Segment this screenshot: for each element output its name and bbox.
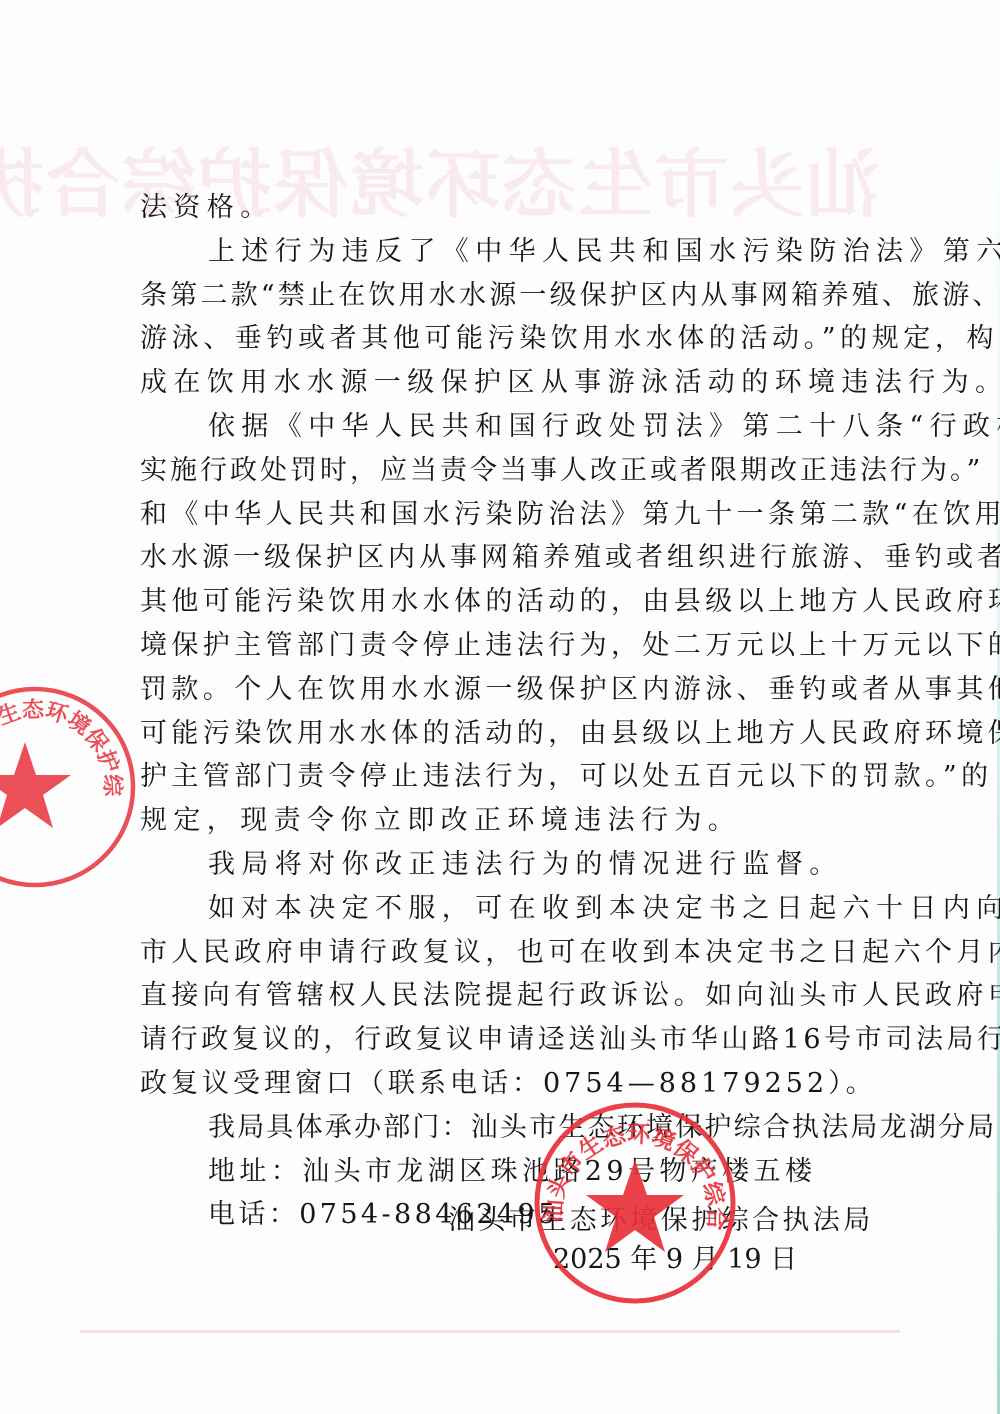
body-line: 直接向有管辖权人民法院提起行政诉讼。如向汕头市人民政府申 [140,974,880,1018]
body-line: 请行政复议的，行政复议申请迳送汕头市华山路16号市司法局行 [140,1018,880,1062]
body-line: 法资格。 [140,186,880,230]
body-line: 和《中华人民共和国水污染防治法》第九十一条第二款“在饮用 [140,493,880,537]
body-line: 如对本决定不服，可在收到本决定书之日起六十日内向汕头 [140,887,880,931]
body-line: 政复议受理窗口（联系电话：0754—88179252）。 [140,1062,880,1106]
bleed-through-rule [80,1330,900,1333]
body-line: 上述行为违反了《中华人民共和国水污染防治法》第六十五 [140,230,880,274]
body-line: 罚款。个人在饮用水水源一级保护区内游泳、垂钓或者从事其他 [140,668,880,712]
body-line: 条第二款“禁止在饮用水水源一级保护区内从事网箱养殖、旅游、 [140,274,880,318]
body-line: 市人民政府申请行政复议，也可在收到本决定书之日起六个月内 [140,931,880,975]
body-line: 其他可能污染饮用水水体的活动的，由县级以上地方人民政府环 [140,580,880,624]
seal-stamp-icon: 汕头市生态环境保护综合执法局 [530,1098,740,1308]
document-page: 汕头市生态环境保护综合执法局 法资格。 上述行为违反了《中华人民共和国水污染防治… [0,0,1000,1414]
official-seal-left: 汕头市生态环境保护综合执法局 [0,682,140,892]
body-line: 规定，现责令你立即改正环境违法行为。 [140,799,880,843]
body-line: 境保护主管部门责令停止违法行为，处二万元以上十万元以下的 [140,624,880,668]
body-line: 成在饮用水水源一级保护区从事游泳活动的环境违法行为。 [140,361,880,405]
contact-department: 我局具体承办部门：汕头市生态环境保护综合执法局龙湖分局 [140,1106,880,1150]
body-line: 游泳、垂钓或者其他可能污染饮用水水体的活动。”的规定，构 [140,317,880,361]
official-seal-right: 汕头市生态环境保护综合执法局 [530,1098,740,1308]
body-line: 护主管部门责令停止违法行为，可以处五百元以下的罚款。”的 [140,755,880,799]
contact-address: 地址：汕头市龙湖区珠池路29号物产楼五楼 [140,1150,880,1194]
seal-stamp-icon: 汕头市生态环境保护综合执法局 [0,682,140,892]
body-line: 我局将对你改正违法行为的情况进行监督。 [140,843,880,887]
document-body: 法资格。 上述行为违反了《中华人民共和国水污染防治法》第六十五 条第二款“禁止在… [140,186,880,1237]
body-line: 实施行政处罚时，应当责令当事人改正或者限期改正违法行为。” [140,449,880,493]
body-line: 可能污染饮用水水体的活动的，由县级以上地方人民政府环境保 [140,712,880,756]
body-line: 水水源一级保护区内从事网箱养殖或者组织进行旅游、垂钓或者 [140,536,880,580]
body-line: 依据《中华人民共和国行政处罚法》第二十八条“行政机关 [140,405,880,449]
